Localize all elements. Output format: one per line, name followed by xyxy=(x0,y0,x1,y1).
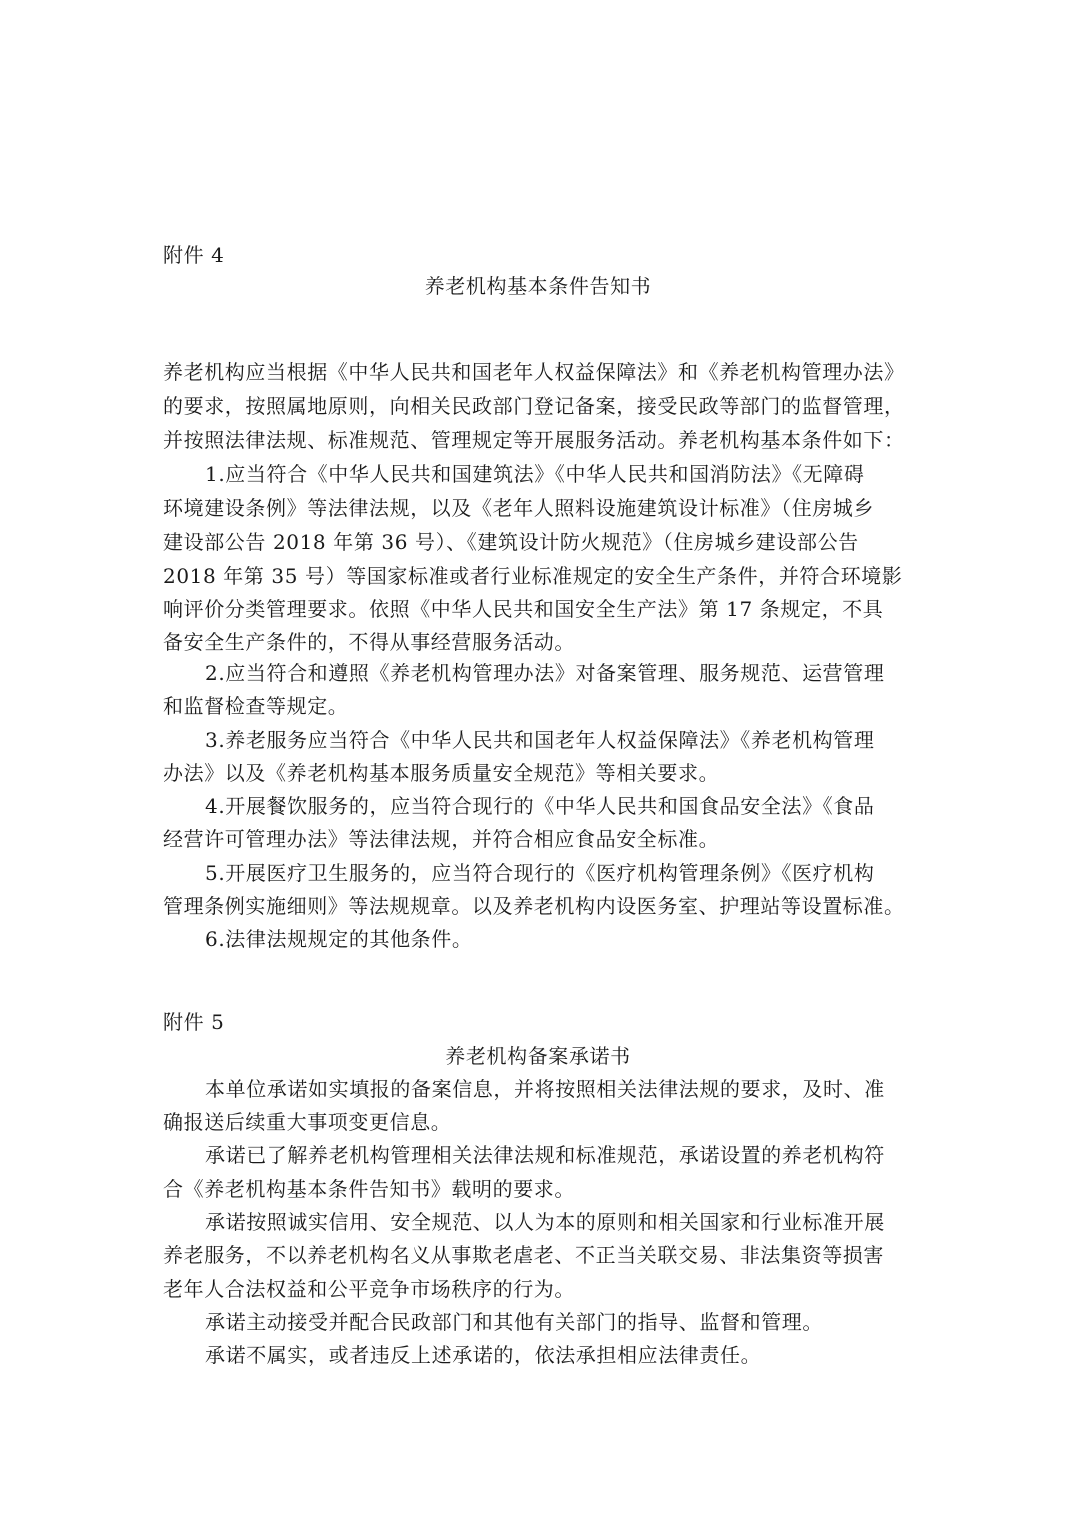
annex5-paragraph-1: 本单位承诺如实填报的备案信息，并将按照相关法律法规的要求，及时、准 xyxy=(205,1072,913,1106)
annex5-paragraph-4: 承诺主动接受并配合民政部门和其他有关部门的指导、监督和管理。 xyxy=(205,1305,913,1339)
annex5-paragraph-1: 确报送后续重大事项变更信息。 xyxy=(163,1105,913,1139)
document-page: 附件 4 养老机构基本条件告知书 养老机构应当根据《中华人民共和国老年人权益保障… xyxy=(0,0,1074,1520)
annex5-paragraph-2: 合《养老机构基本条件告知书》载明的要求。 xyxy=(163,1172,913,1206)
annex4-intro-line: 养老机构应当根据《中华人民共和国老年人权益保障法》和《养老机构管理办法》 xyxy=(163,355,913,389)
annex4-item-1: 1.应当符合《中华人民共和国建筑法》《中华人民共和国消防法》《无障碍 xyxy=(205,457,913,491)
annex4-item-1: 建设部公告 2018 年第 36 号）、《建筑设计防火规范》（住房城乡建设部公告 xyxy=(163,525,913,559)
annex4-item-5: 5.开展医疗卫生服务的，应当符合现行的《医疗机构管理条例》《医疗机构 xyxy=(205,856,913,890)
annex4-intro-line: 并按照法律法规、标准规范、管理规定等开展服务活动。养老机构基本条件如下： xyxy=(163,423,913,457)
annex4-label: 附件 4 xyxy=(163,238,913,272)
annex4-item-6: 6.法律法规规定的其他条件。 xyxy=(205,922,913,956)
annex4-item-1: 响评价分类管理要求。依照《中华人民共和国安全生产法》第 17 条规定，不具 xyxy=(163,592,913,626)
annex4-item-3: 3.养老服务应当符合《中华人民共和国老年人权益保障法》《养老机构管理 xyxy=(205,723,913,757)
annex4-item-4: 4.开展餐饮服务的，应当符合现行的《中华人民共和国食品安全法》《食品 xyxy=(205,789,913,823)
annex4-intro-line: 的要求，按照属地原则，向相关民政部门登记备案，接受民政等部门的监督管理， xyxy=(163,389,913,423)
annex5-paragraph-3: 承诺按照诚实信用、安全规范、以人为本的原则和相关国家和行业标准开展 xyxy=(205,1205,913,1239)
annex5-title: 养老机构备案承诺书 xyxy=(163,1039,913,1073)
annex5-label: 附件 5 xyxy=(163,1005,913,1039)
annex4-item-1: 备安全生产条件的，不得从事经营服务活动。 xyxy=(163,625,913,659)
annex5-paragraph-3: 老年人合法权益和公平竞争市场秩序的行为。 xyxy=(163,1272,913,1306)
annex4-title: 养老机构基本条件告知书 xyxy=(163,269,913,303)
annex5-paragraph-2: 承诺已了解养老机构管理相关法律法规和标准规范，承诺设置的养老机构符 xyxy=(205,1138,913,1172)
annex4-item-1: 环境建设条例》等法律法规，以及《老年人照料设施建筑设计标准》（住房城乡 xyxy=(163,491,913,525)
annex4-item-2: 和监督检查等规定。 xyxy=(163,689,913,723)
annex4-item-3: 办法》以及《养老机构基本服务质量安全规范》等相关要求。 xyxy=(163,756,913,790)
annex5-paragraph-5: 承诺不属实，或者违反上述承诺的，依法承担相应法律责任。 xyxy=(205,1338,913,1372)
annex4-item-4: 经营许可管理办法》等法律法规，并符合相应食品安全标准。 xyxy=(163,822,913,856)
annex4-item-2: 2.应当符合和遵照《养老机构管理办法》对备案管理、服务规范、运营管理 xyxy=(205,656,913,690)
annex4-item-5: 管理条例实施细则》等法规规章。以及养老机构内设医务室、护理站等设置标准。 xyxy=(163,889,913,923)
annex4-item-1: 2018 年第 35 号）等国家标准或者行业标准规定的安全生产条件，并符合环境影 xyxy=(163,559,913,593)
annex5-paragraph-3: 养老服务，不以养老机构名义从事欺老虐老、不正当关联交易、非法集资等损害 xyxy=(163,1238,913,1272)
